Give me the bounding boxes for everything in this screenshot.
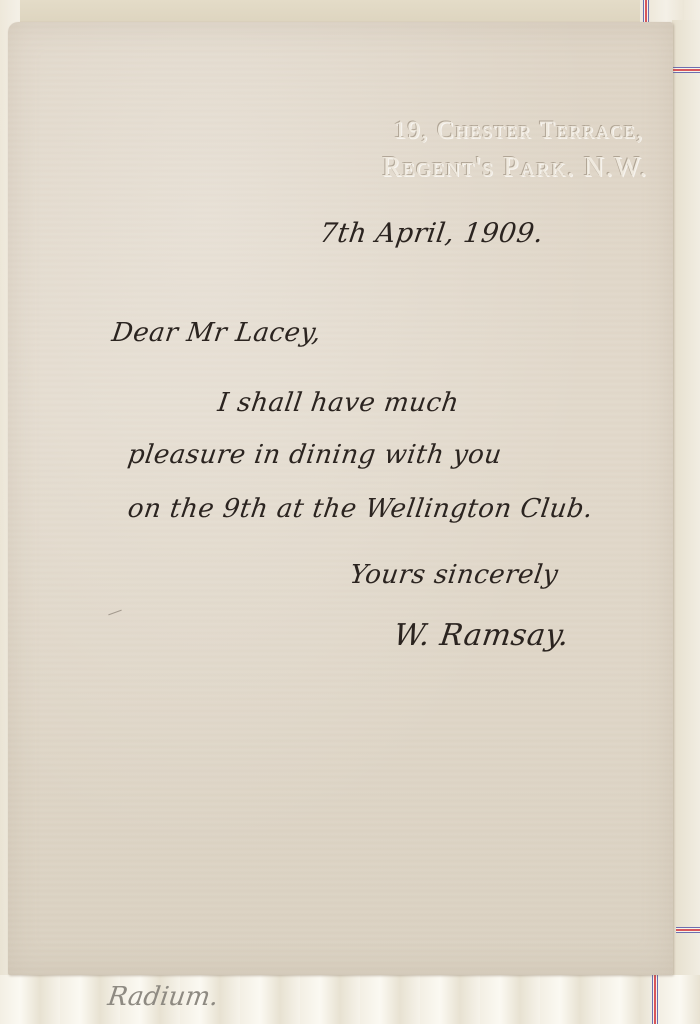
letter-body-line: on the 9th at the Wellington Club.	[126, 494, 595, 524]
letterhead-address-line-2: Regent's Park. N.W.	[382, 148, 648, 188]
mount-annotation: Radium.	[106, 982, 221, 1012]
airmail-stripe-bottom	[652, 972, 658, 1024]
letter-body-line: pleasure in dining with you	[126, 440, 504, 470]
embossed-letterhead: 19, Chester Terrace, Regent's Park. N.W.	[382, 114, 648, 188]
letter-body-line: I shall have much	[216, 388, 461, 418]
mount-bottom-edge	[0, 975, 700, 1024]
airmail-stripe-top	[643, 0, 649, 22]
letter-salutation: Dear Mr Lacey,	[110, 318, 323, 348]
airmail-stripe-right-bottom	[676, 927, 700, 933]
letter-date: 7th April, 1909.	[318, 218, 546, 249]
letter-closing: Yours sincerely	[348, 560, 560, 590]
mount-top-edge	[20, 0, 640, 24]
letter-signature: W. Ramsay.	[392, 618, 572, 653]
letterhead-address-line-1: 19, Chester Terrace,	[382, 114, 644, 148]
mount-right-edge	[672, 20, 700, 980]
airmail-stripe-right-top	[673, 67, 700, 73]
